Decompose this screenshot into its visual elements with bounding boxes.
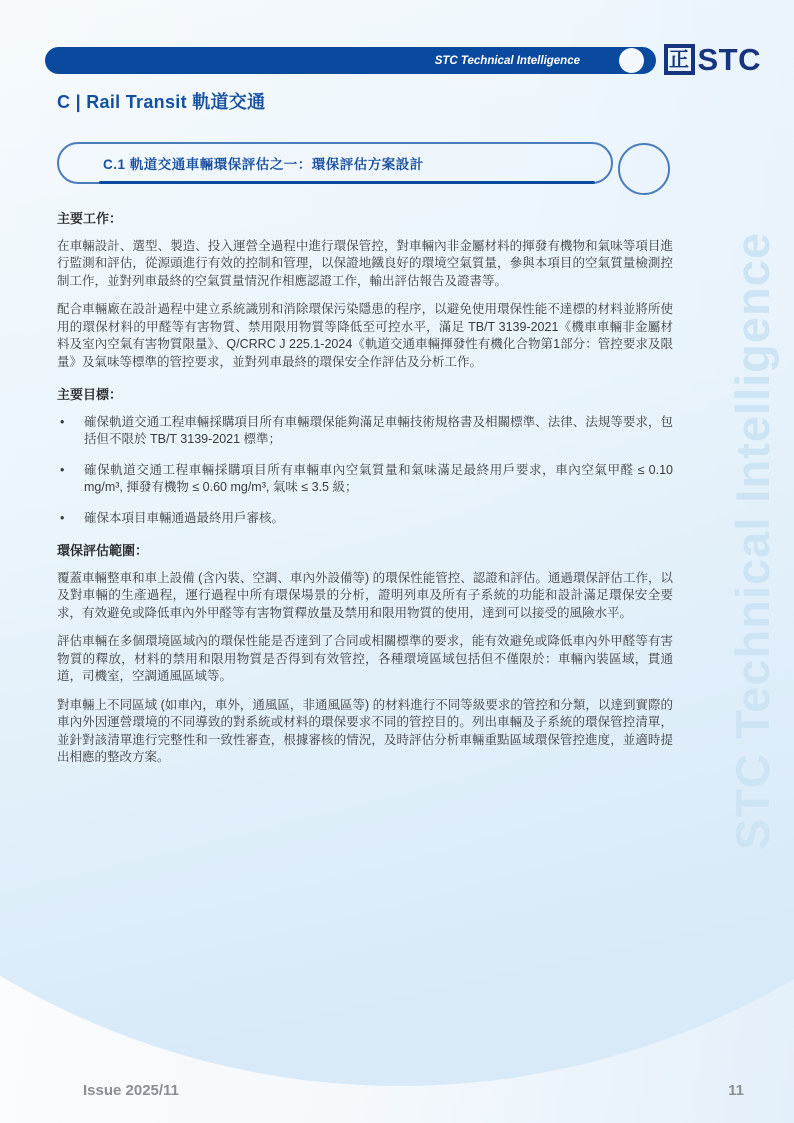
goal-list: 確保軌道交通工程車輛採購項目所有車輛環保能夠滿足車輛技術規格書及相關標準、法律、… <box>57 414 673 528</box>
paragraph: 評估車輛在多個環境區域內的環保性能是否達到了合同或相關標準的要求，能有效避免或降… <box>57 633 673 686</box>
footer-page-number: 11 <box>728 1082 744 1099</box>
vertical-watermark: STC Technical Intelligence <box>725 170 780 850</box>
list-item: 確保軌道交通工程車輛採購項目所有車輛環保能夠滿足車輛技術規格書及相關標準、法律、… <box>57 414 673 449</box>
banner-notch-circle <box>619 48 644 73</box>
paragraph: 覆蓋車輛整車和車上設備 (含內裝、空調、車內外設備等) 的環保性能管控、認證和評… <box>57 570 673 623</box>
body-content: 主要工作： 在車輛設計、選型、製造、投入運營全過程中進行環保管控，對車輛內非金屬… <box>57 205 673 778</box>
footer-issue-label: Issue 2025/11 <box>83 1082 179 1099</box>
list-item: 確保軌道交通工程車輛採購項目所有車輛車內空氣質量和氣味滿足最終用戶要求，車內空氣… <box>57 462 673 497</box>
section-banner-underline <box>99 181 595 184</box>
page-title: C | Rail Transit 軌道交通 <box>57 88 265 114</box>
stc-logo-text: STC <box>698 44 762 75</box>
stc-logo: 正 STC <box>664 44 762 75</box>
section-heading-main-work: 主要工作： <box>57 210 673 228</box>
header-banner: STC Technical Intelligence <box>45 47 656 74</box>
paragraph: 配合車輛廠在設計過程中建立系統識別和消除環保污染隱患的程序，以避免使用環保性能不… <box>57 301 673 371</box>
stc-logo-glyph: 正 <box>669 50 689 70</box>
section-banner-title: C.1 軌道交通車輛環保評估之一：環保評估方案設計 <box>103 153 424 173</box>
section-heading-main-goals: 主要目標： <box>57 386 673 404</box>
decorative-circle <box>618 143 670 195</box>
section-banner: C.1 軌道交通車輛環保評估之一：環保評估方案設計 <box>57 142 613 184</box>
paragraph: 在車輛設計、選型、製造、投入運營全過程中進行環保管控，對車輛內非金屬材料的揮發有… <box>57 238 673 291</box>
list-item: 確保本項目車輛通過最終用戶審核。 <box>57 510 673 528</box>
stc-logo-seal-icon: 正 <box>664 44 695 75</box>
section-heading-assessment-scope: 環保評估範圍： <box>57 542 673 560</box>
document-page: STC Technical Intelligence STC Technical… <box>0 0 794 1123</box>
paragraph: 對車輛上不同區域 (如車內，車外，通風區，非通風區等) 的材料進行不同等級要求的… <box>57 697 673 767</box>
banner-label: STC Technical Intelligence <box>435 55 580 67</box>
